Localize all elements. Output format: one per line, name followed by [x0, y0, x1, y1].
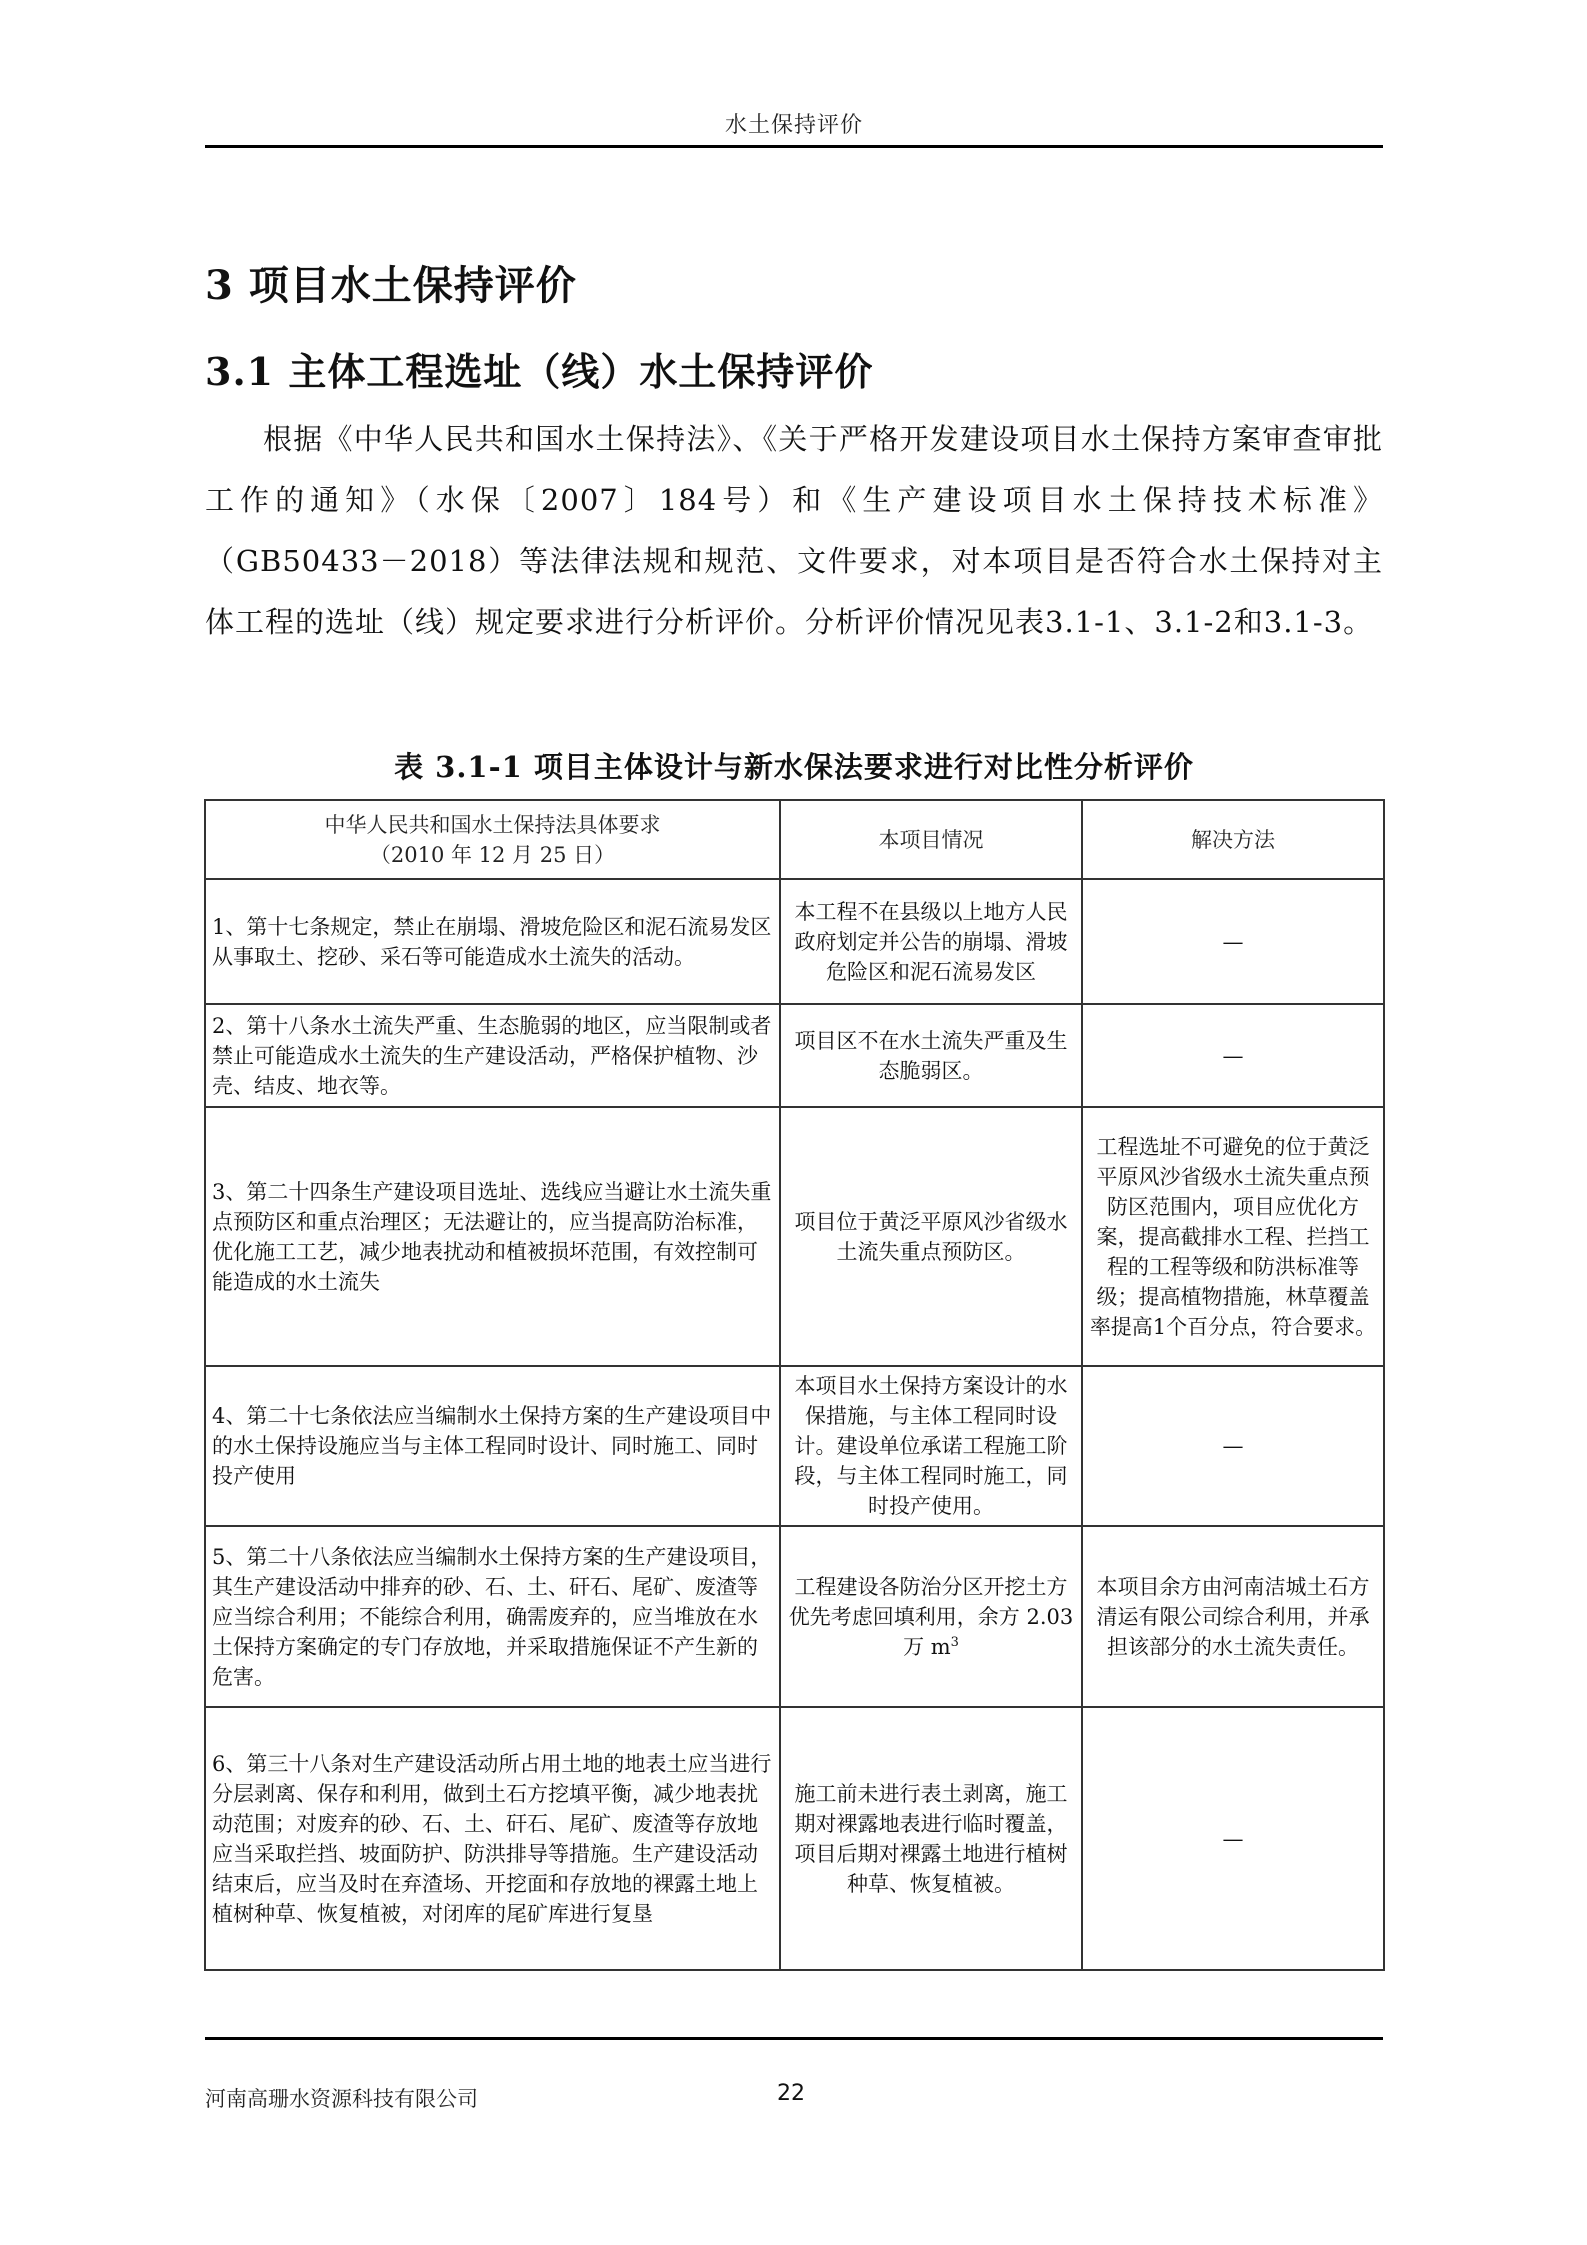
situation-cell: 项目位于黄泛平原风沙省级水土流失重点预防区。: [780, 1107, 1082, 1366]
solution-cell: 本项目余方由河南洁城土石方清运有限公司综合利用，并承担该部分的水土流失责任。: [1082, 1526, 1384, 1707]
situation-cell: 本工程不在县级以上地方人民政府划定并公告的崩塌、滑坡危险区和泥石流易发区: [780, 879, 1082, 1004]
solution-cell: —: [1082, 1366, 1384, 1526]
header-requirement: 中华人民共和国水土保持法具体要求 （2010 年 12 月 25 日）: [205, 800, 780, 879]
superscript-cubic: 3: [951, 1635, 959, 1650]
header-solution: 解决方法: [1082, 800, 1384, 879]
body-paragraph: 根据《中华人民共和国水土保持法》、《关于严格开发建设项目水土保持方案审查审批工作…: [205, 409, 1383, 653]
footer-company: 河南高珊水资源科技有限公司: [205, 2083, 478, 2113]
footer-divider: [205, 2037, 1383, 2040]
running-header: 水土保持评价: [205, 108, 1383, 139]
requirement-cell: 2、第十八条水土流失严重、生态脆弱的地区，应当限制或者禁止可能造成水土流失的生产…: [205, 1004, 780, 1107]
solution-cell: —: [1082, 1707, 1384, 1970]
table-header-row: 中华人民共和国水土保持法具体要求 （2010 年 12 月 25 日） 本项目情…: [205, 800, 1384, 879]
table-row: 2、第十八条水土流失严重、生态脆弱的地区，应当限制或者禁止可能造成水土流失的生产…: [205, 1004, 1384, 1107]
requirement-cell: 3、第二十四条生产建设项目选址、选线应当避让水土流失重点预防区和重点治理区；无法…: [205, 1107, 780, 1366]
header-divider: [205, 145, 1383, 148]
solution-cell: —: [1082, 1004, 1384, 1107]
situation-cell: 本项目水土保持方案设计的水保措施，与主体工程同时设计。建设单位承诺工程施工阶段，…: [780, 1366, 1082, 1526]
table-caption: 表 3.1-1 项目主体设计与新水保法要求进行对比性分析评价: [205, 745, 1383, 786]
table-row: 5、第二十八条依法应当编制水土保持方案的生产建设项目，其生产建设活动中排弃的砂、…: [205, 1526, 1384, 1707]
situation-cell: 项目区不在水土流失严重及生态脆弱区。: [780, 1004, 1082, 1107]
requirement-cell: 6、第三十八条对生产建设活动所占用土地的地表土应当进行分层剥离、保存和利用，做到…: [205, 1707, 780, 1970]
table-row: 1、第十七条规定，禁止在崩塌、滑坡危险区和泥石流易发区从事取土、挖砂、采石等可能…: [205, 879, 1384, 1004]
header-requirement-date: （2010 年 12 月 25 日）: [212, 840, 773, 870]
solution-cell: 工程选址不可避免的位于黄泛平原风沙省级水土流失重点预防区范围内，项目应优化方案，…: [1082, 1107, 1384, 1366]
requirement-cell: 4、第二十七条依法应当编制水土保持方案的生产建设项目中的水土保持设施应当与主体工…: [205, 1366, 780, 1526]
situation-text: 工程建设各防治分区开挖土方优先考虑回填利用，余方 2.03 万 m: [789, 1575, 1073, 1659]
table-row: 4、第二十七条依法应当编制水土保持方案的生产建设项目中的水土保持设施应当与主体工…: [205, 1366, 1384, 1526]
situation-cell: 工程建设各防治分区开挖土方优先考虑回填利用，余方 2.03 万 m3: [780, 1526, 1082, 1707]
header-situation: 本项目情况: [780, 800, 1082, 879]
page-number: 22: [777, 2081, 805, 2106]
header-requirement-title: 中华人民共和国水土保持法具体要求: [212, 810, 773, 840]
comparison-table: 中华人民共和国水土保持法具体要求 （2010 年 12 月 25 日） 本项目情…: [204, 799, 1385, 1971]
section-heading: 3.1 主体工程选址（线）水土保持评价: [205, 341, 873, 396]
table-row: 3、第二十四条生产建设项目选址、选线应当避让水土流失重点预防区和重点治理区；无法…: [205, 1107, 1384, 1366]
table-row: 6、第三十八条对生产建设活动所占用土地的地表土应当进行分层剥离、保存和利用，做到…: [205, 1707, 1384, 1970]
situation-cell: 施工前未进行表土剥离，施工期对裸露地表进行临时覆盖，项目后期对裸露土地进行植树种…: [780, 1707, 1082, 1970]
solution-cell: —: [1082, 879, 1384, 1004]
requirement-cell: 1、第十七条规定，禁止在崩塌、滑坡危险区和泥石流易发区从事取土、挖砂、采石等可能…: [205, 879, 780, 1004]
requirement-cell: 5、第二十八条依法应当编制水土保持方案的生产建设项目，其生产建设活动中排弃的砂、…: [205, 1526, 780, 1707]
chapter-heading: 3 项目水土保持评价: [205, 254, 577, 311]
